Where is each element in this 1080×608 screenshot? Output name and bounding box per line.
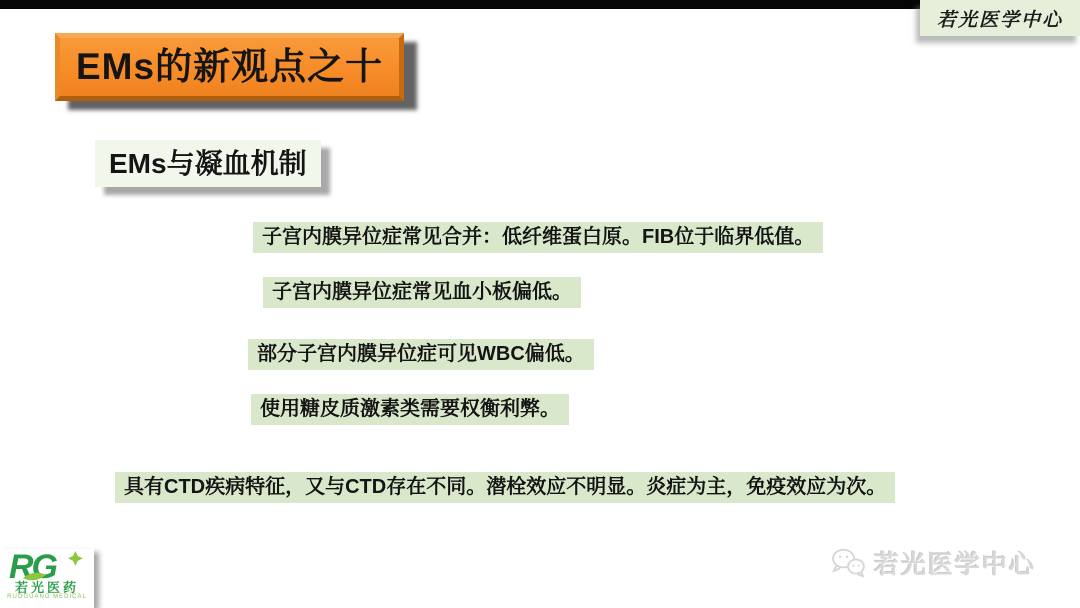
logo-company-name: 若光医药	[15, 581, 79, 594]
logo-company-subname: RUOGUANG MEDICAL	[7, 594, 87, 601]
highlight-line-2: 子宫内膜异位症常见血小板偏低。	[263, 277, 581, 308]
highlight-line-5: 具有CTD疾病特征，又与CTD存在不同。潜栓效应不明显。炎症为主，免疫效应为次。	[115, 472, 895, 503]
watermark-label: 若光医学中心	[874, 545, 1036, 581]
highlight-line-3: 部分子宫内膜异位症可见WBC偏低。	[248, 339, 594, 370]
brand-badge-label: 若光医学中心	[937, 5, 1063, 32]
top-border-bar	[0, 0, 1080, 9]
chat-bubbles-icon	[830, 548, 866, 578]
section-subtitle: EMs与凝血机制	[95, 140, 321, 187]
brand-badge: 若光医学中心	[920, 0, 1080, 36]
highlight-line-4: 使用糖皮质激素类需要权衡利弊。	[251, 394, 569, 425]
section-subtitle-label: EMs与凝血机制	[109, 148, 307, 179]
highlight-line-1: 子宫内膜异位症常见合并：低纤维蛋白原。FIB位于临界低值。	[253, 222, 823, 253]
page-title: EMs的新观点之十	[55, 33, 404, 101]
company-logo-card: RG 若光医药 RUOGUANG MEDICAL	[0, 549, 94, 608]
slide-canvas: 若光医学中心 EMs的新观点之十 EMs与凝血机制 子宫内膜异位症常见合并：低纤…	[0, 0, 1080, 608]
logo-sparkle-icon	[68, 551, 83, 566]
watermark: 若光医学中心	[830, 545, 1036, 581]
page-title-label: EMs的新观点之十	[76, 46, 383, 87]
rg-leaf-logo-icon: RG	[7, 549, 87, 583]
